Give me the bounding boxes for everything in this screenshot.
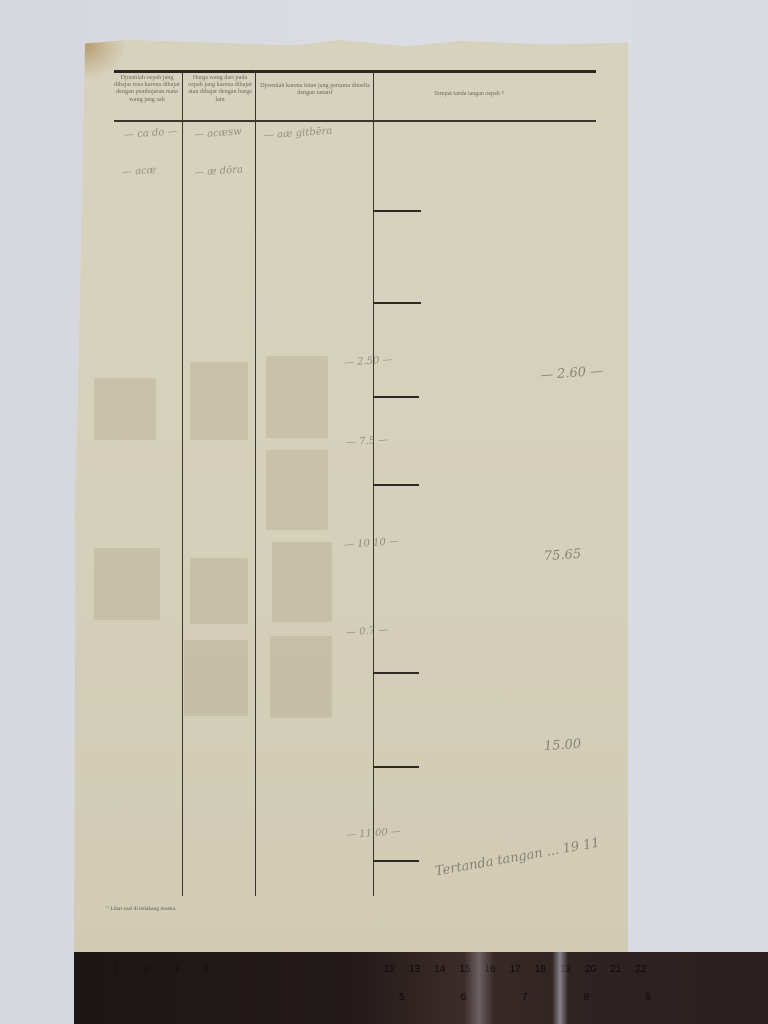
ruler-glare — [464, 952, 494, 1024]
column-header-4: Tempat tanda tangan oepah ¹⁾ — [434, 90, 505, 97]
ruler-mark: 8 — [584, 992, 590, 1003]
header-bottom-rule — [114, 120, 596, 122]
ruler-mark: 9 — [645, 992, 651, 1003]
column-header-3: Djoemlah karena kitan jang pertama ditoe… — [260, 82, 370, 96]
ruler-cm-marks: 12 13 14 15 16 17 18 19 20 21 22 — [384, 964, 646, 975]
ruler-mark: 17 — [510, 964, 521, 975]
handwriting: — æ döra — [194, 164, 244, 178]
handwriting: — ca do — — [124, 126, 178, 141]
column-divider-2 — [255, 70, 256, 896]
footnote: ¹⁾ Lihat soal di belakang moeka. — [106, 906, 177, 912]
section-rule — [373, 302, 421, 304]
handwriting-signature-note: Tertanda tangan ... 19 11 — [434, 836, 601, 880]
revenue-stamp-ghost — [94, 378, 156, 440]
ruler-mark: 20 — [585, 964, 596, 975]
handwriting-total: — 2.60 — — [540, 364, 604, 383]
section-rule — [373, 766, 419, 768]
revenue-stamp-ghost — [190, 558, 248, 624]
measuring-ruler: 1 2 3 4 12 13 14 15 16 17 18 19 20 21 22… — [74, 952, 768, 1024]
ruler-mark: 2 — [144, 964, 150, 975]
column-divider-3 — [373, 70, 374, 896]
handwriting: — aæ gitbēra — [264, 126, 333, 142]
ruler-left-marks: 1 2 3 4 — [114, 964, 208, 975]
column-divider-1 — [182, 70, 183, 896]
document-paper: Djoemlah oepah jang dibajar toea karena … — [74, 38, 628, 958]
handwriting: — acæsw — [194, 126, 242, 140]
handwriting-total: 75.65 — [544, 547, 582, 565]
section-rule — [373, 672, 419, 674]
ruler-mark: 13 — [409, 964, 420, 975]
revenue-stamp-ghost — [266, 450, 328, 530]
ruler-mark: 22 — [635, 964, 646, 975]
section-rule — [373, 210, 421, 212]
section-rule — [373, 484, 419, 486]
handwriting-amount: — 0.7 — — [346, 625, 389, 639]
handwriting-total: 15.00 — [544, 737, 582, 755]
column-header-2: Harga wang dari pada oepah jang karena d… — [185, 74, 255, 103]
column-header-1: Djoemlah oepah jang dibajar toea karena … — [112, 74, 182, 103]
handwriting-amount: — 7.5 — — [346, 435, 389, 449]
revenue-stamp-ghost — [272, 542, 332, 622]
revenue-stamp-ghost — [190, 362, 248, 440]
revenue-stamp-ghost — [270, 636, 332, 718]
handwriting-amount: — 10 10 — — [344, 536, 400, 551]
revenue-stamp-ghost — [184, 640, 248, 716]
revenue-stamp-ghost — [266, 356, 328, 438]
ruler-mark: 18 — [535, 964, 546, 975]
section-rule — [373, 860, 419, 862]
header-top-rule — [114, 70, 596, 73]
handwriting: — acæ — [122, 165, 157, 178]
ruler-mark: 12 — [384, 964, 395, 975]
ruler-mark: 1 — [114, 964, 120, 975]
ruler-glare — [552, 952, 568, 1024]
handwriting-amount: — 11.00 — — [346, 826, 402, 841]
section-rule — [373, 396, 419, 398]
ruler-mark: 4 — [203, 964, 209, 975]
ruler-mark: 3 — [173, 964, 179, 975]
ruler-mark: 7 — [522, 992, 528, 1003]
ruler-mark: 14 — [434, 964, 445, 975]
handwriting-amount: — 2.50 — — [344, 354, 393, 368]
ruler-mark: 21 — [610, 964, 621, 975]
ruler-inch-marks: 5 6 7 8 9 — [399, 992, 651, 1003]
revenue-stamp-ghost — [94, 548, 160, 620]
ruler-mark: 5 — [399, 992, 405, 1003]
